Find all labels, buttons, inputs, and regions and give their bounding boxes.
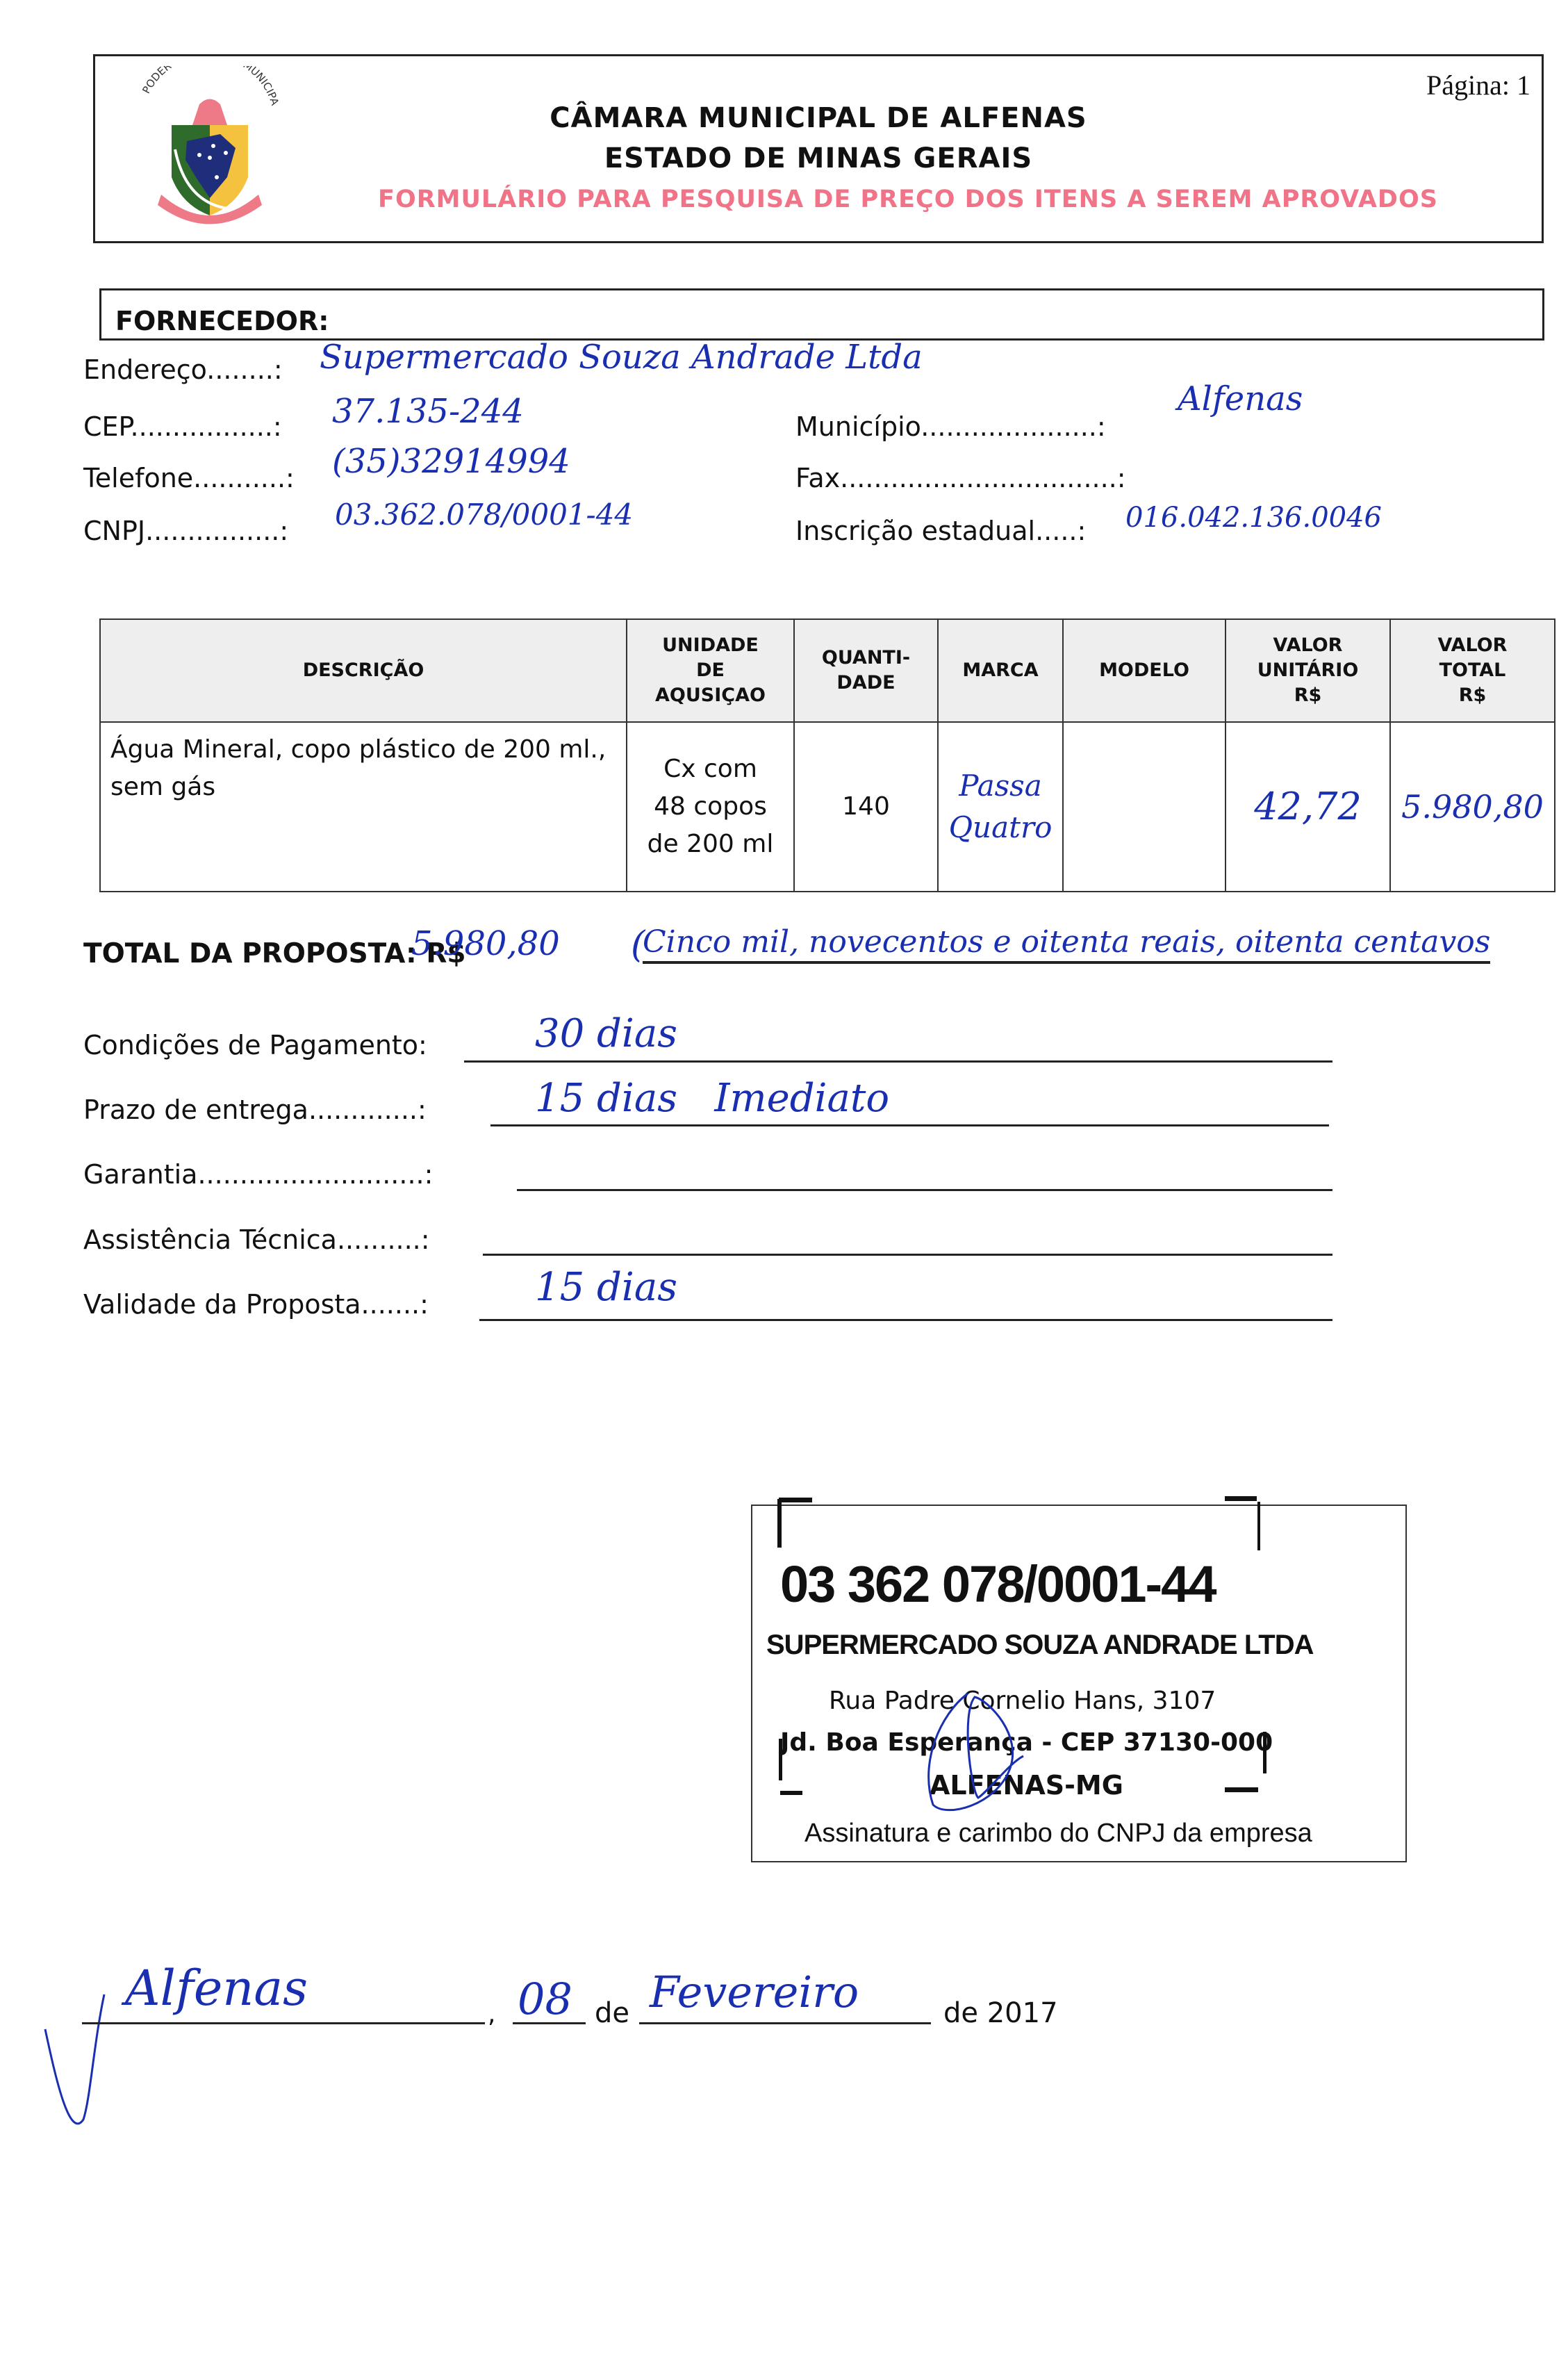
cell-unidade: Cx com 48 copos de 200 ml [627, 722, 794, 892]
items-table: DESCRIÇÃO UNIDADE DE AQUSIÇAO QUANTI- DA… [99, 618, 1555, 892]
col-header-line: AQUSIÇAO [628, 683, 793, 708]
stamp-corner [1257, 1502, 1260, 1550]
table-row: Água Mineral, copo plástico de 200 ml., … [100, 722, 1555, 892]
warranty-underline [517, 1189, 1332, 1191]
cell-line: de 200 ml [628, 826, 793, 863]
stamp-caption: Assinatura e carimbo do CNPJ da empresa [804, 1819, 1312, 1849]
col-header-line: VALOR [1227, 633, 1389, 658]
total-proposal-label: TOTAL DA PROPOSTA: R$ [83, 938, 466, 969]
cnpj-field[interactable]: 03.362.078/0001-44 [335, 498, 633, 532]
cell-valor-unitario[interactable]: 42,72 [1225, 722, 1390, 892]
delivery-term-label: Prazo de entrega.............: [83, 1095, 427, 1125]
comma: , [488, 2000, 495, 2028]
validity-field[interactable]: 15 dias [535, 1265, 677, 1310]
col-header-line: UNIDADE [628, 633, 793, 658]
table-header-row: DESCRIÇÃO UNIDADE DE AQUSIÇAO QUANTI- DA… [100, 619, 1555, 722]
month-underline [639, 2022, 931, 2024]
state-title: ESTADO DE MINAS GERAIS [95, 142, 1542, 174]
col-header-line: R$ [1392, 683, 1553, 708]
date-place-line: Alfenas , 08 de Fevereiro de 2017 [0, 1946, 1568, 2154]
col-header-valor-unitario: VALOR UNITÁRIO R$ [1225, 619, 1390, 722]
validity-label: Validade da Proposta.......: [83, 1289, 429, 1320]
svg-text:PODER LEGISLATIVO MUNICIPAL: PODER LEGISLATIVO MUNICIPAL [123, 66, 281, 107]
form-title: FORMULÁRIO PARA PESQUISA DE PREÇO DOS IT… [269, 186, 1547, 213]
inscricao-estadual-label: Inscrição estadual.....: [795, 516, 1086, 546]
cep-label: CEP.................: [83, 411, 282, 442]
page-number-label: Página: 1 [1426, 69, 1530, 101]
payment-terms-label: Condições de Pagamento: [83, 1030, 427, 1060]
col-header-unidade: UNIDADE DE AQUSIÇAO [627, 619, 794, 722]
month-field[interactable]: Fevereiro [650, 1967, 859, 2017]
stamp-corner [779, 1498, 812, 1502]
stamp-corner [777, 1499, 782, 1548]
delivery-term-underline [490, 1124, 1329, 1126]
cell-line: 48 copos [628, 788, 793, 826]
col-header-line: UNITÁRIO [1227, 658, 1389, 683]
endereco-field[interactable]: Supermercado Souza Andrade Ltda [320, 338, 923, 377]
de-label: de [595, 1997, 629, 2029]
col-header-line: VALOR [1392, 633, 1553, 658]
total-proposal-value[interactable]: 5.980,80 [411, 924, 560, 963]
col-header-line: R$ [1227, 683, 1389, 708]
col-header-line: TOTAL [1392, 658, 1553, 683]
warranty-label: Garantia...........................: [83, 1159, 433, 1190]
stamp-corner [1225, 1496, 1257, 1501]
cnpj-label: CNPJ................: [83, 516, 288, 546]
endereco-label: Endereço........: [83, 354, 283, 385]
col-header-line: DADE [795, 671, 936, 696]
telefone-field[interactable]: (35)32914994 [332, 442, 570, 481]
stamp-corner [780, 1791, 802, 1795]
company-stamp-box: 03 362 078/0001-44 SUPERMERCADO SOUZA AN… [751, 1505, 1407, 1862]
telefone-label: Telefone...........: [83, 463, 295, 493]
city-underline [82, 2022, 485, 2024]
cell-line: Quatro [939, 807, 1062, 849]
stamp-company-name: SUPERMERCADO SOUZA ANDRADE LTDA [766, 1630, 1314, 1661]
day-field[interactable]: 08 [518, 1974, 572, 2024]
col-header-line: DE [628, 658, 793, 683]
year-label: de 2017 [943, 1997, 1058, 2029]
cell-descricao: Água Mineral, copo plástico de 200 ml., … [100, 722, 627, 892]
tech-support-underline [483, 1254, 1332, 1256]
inscricao-estadual-field[interactable]: 016.042.136.0046 [1125, 502, 1382, 534]
supplier-section-header: FORNECEDOR: [99, 288, 1544, 341]
municipio-field[interactable]: Alfenas [1178, 379, 1303, 418]
stamp-cnpj: 03 362 078/0001-44 [780, 1555, 1216, 1614]
cell-valor-total[interactable]: 5.980,80 [1390, 722, 1555, 892]
delivery-term-field[interactable]: 15 dias Imediato [535, 1076, 889, 1121]
cell-modelo[interactable] [1063, 722, 1225, 892]
municipio-label: Município.....................: [795, 411, 1106, 442]
cell-line: Passa [939, 765, 1062, 807]
col-header-marca: MARCA [938, 619, 1063, 722]
cep-field[interactable]: 37.135-244 [332, 392, 524, 431]
total-in-words-field[interactable]: Cinco mil, novecentos e oitenta reais, o… [643, 924, 1490, 964]
cell-quantidade: 140 [794, 722, 938, 892]
col-header-descricao: DESCRIÇÃO [100, 619, 627, 722]
payment-terms-underline [464, 1060, 1332, 1063]
cell-marca[interactable]: Passa Quatro [938, 722, 1063, 892]
col-header-modelo: MODELO [1063, 619, 1225, 722]
header-box: PODER LEGISLATIVO MUNICIPAL Página: 1 CÂ… [93, 54, 1544, 243]
city-field[interactable]: Alfenas [125, 1960, 308, 2017]
stamp-corner [1225, 1787, 1258, 1792]
validity-underline [479, 1319, 1332, 1321]
col-header-quantidade: QUANTI- DADE [794, 619, 938, 722]
cell-line: Cx com [628, 751, 793, 788]
tech-support-label: Assistência Técnica..........: [83, 1224, 430, 1255]
fax-label: Fax.................................: [795, 463, 1126, 493]
col-header-valor-total: VALOR TOTAL R$ [1390, 619, 1555, 722]
institution-title: CÂMARA MUNICIPAL DE ALFENAS [95, 102, 1542, 134]
signature-scribble-icon [912, 1687, 1037, 1819]
payment-terms-field[interactable]: 30 dias [535, 1011, 677, 1056]
supplier-section-label: FORNECEDOR: [115, 306, 329, 336]
col-header-line: QUANTI- [795, 646, 936, 671]
